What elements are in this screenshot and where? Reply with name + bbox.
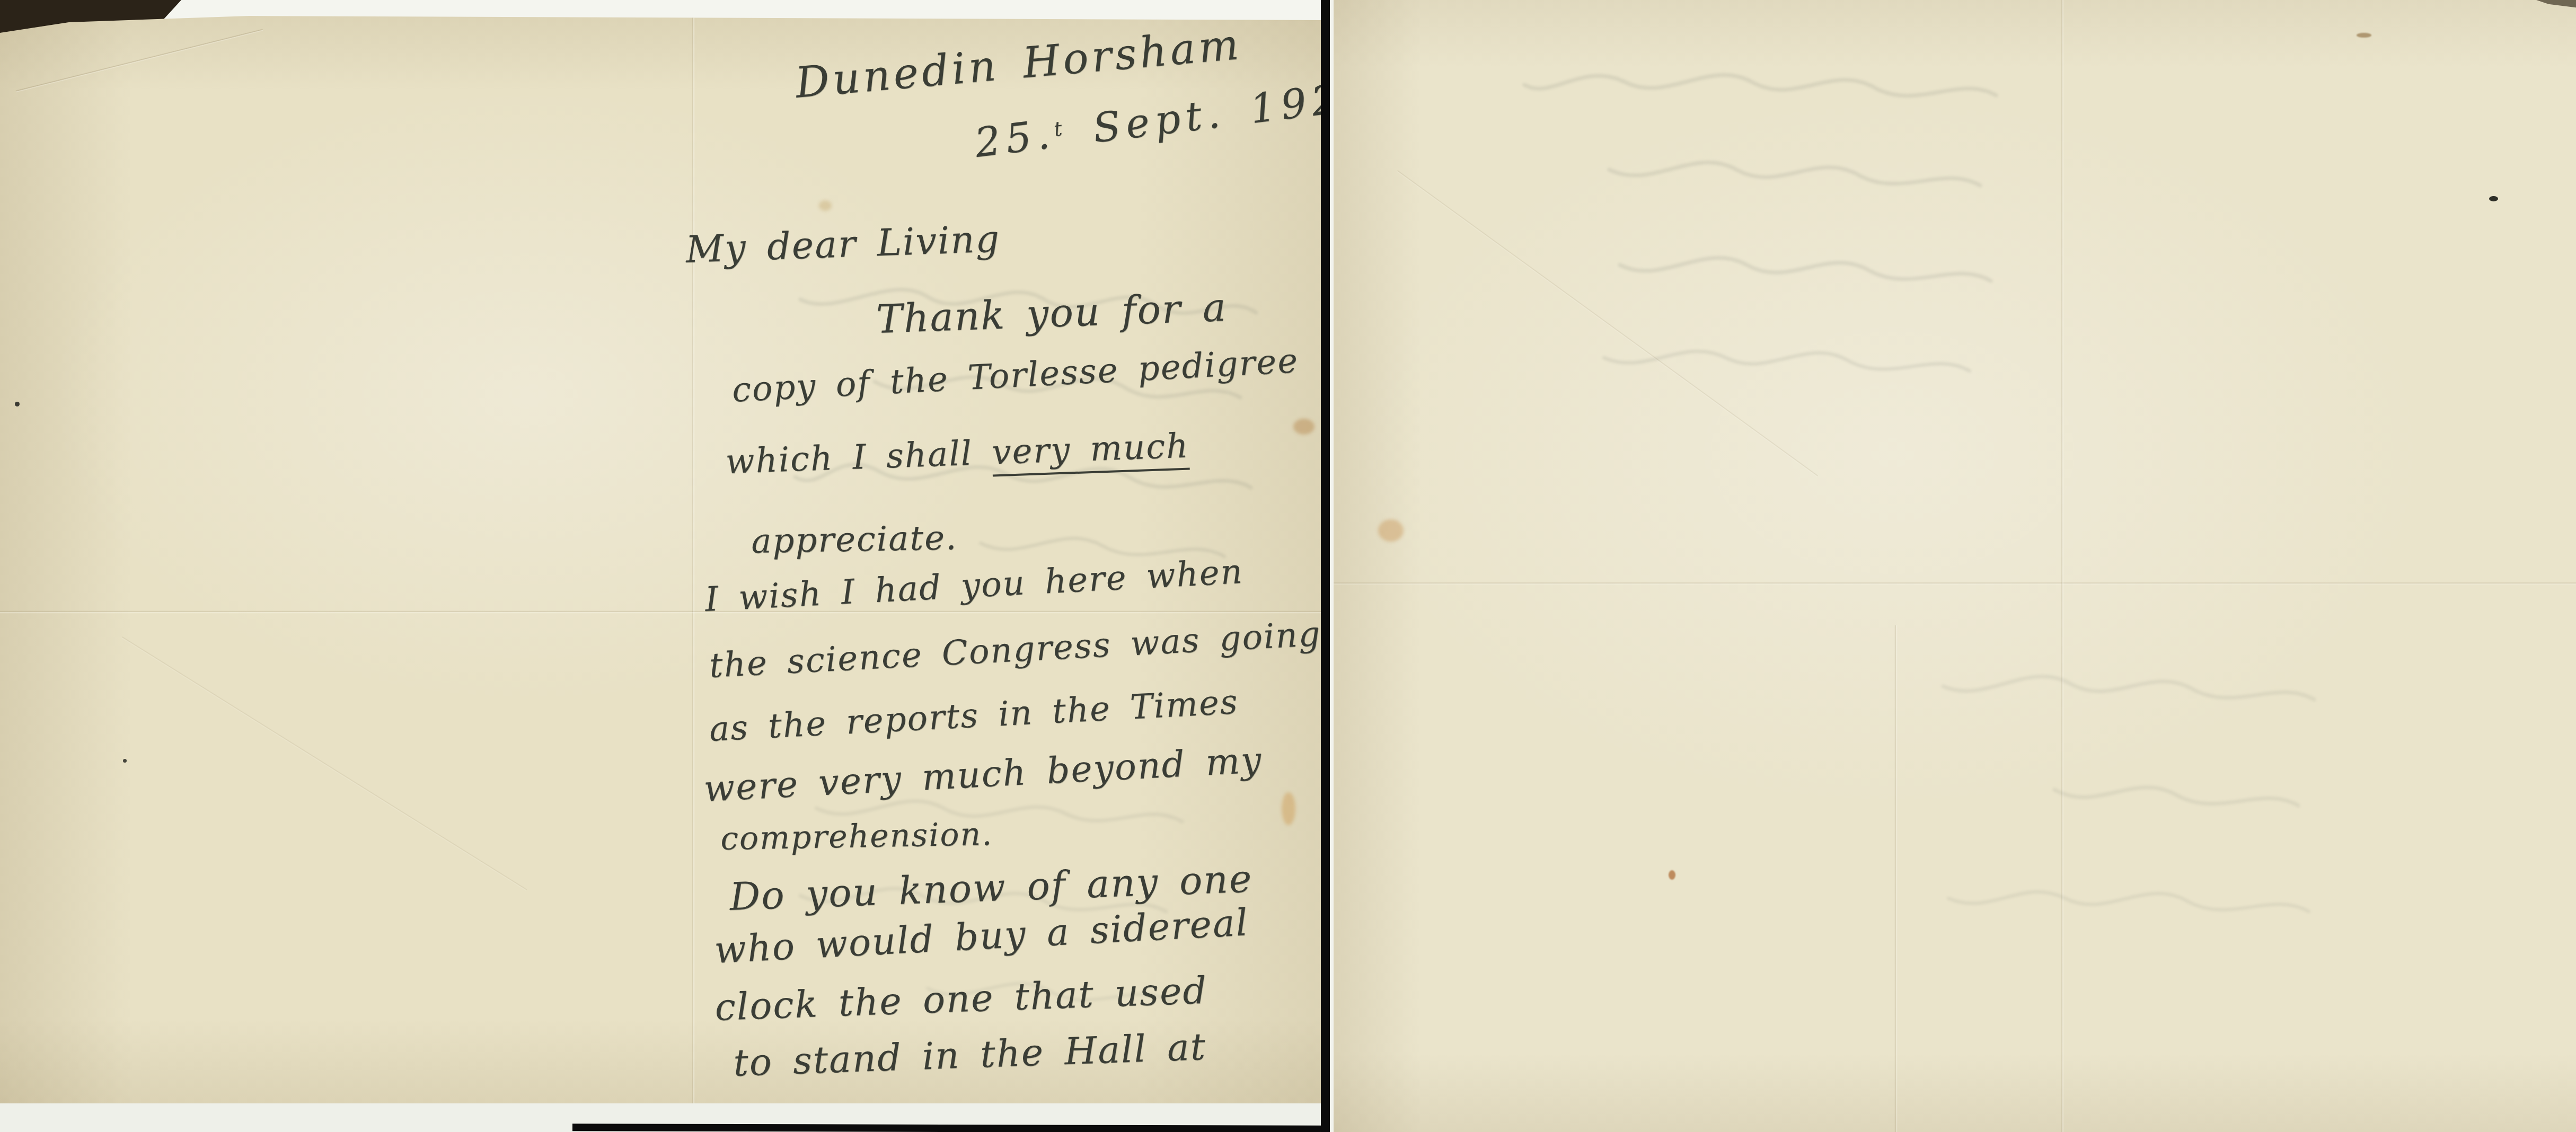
letter-page-left: Dunedin Horsham25.t Sept. 1923My dear Li… [0, 0, 1321, 1132]
text-segment: as the reports in the Times [708, 683, 1239, 749]
handwritten-line: were very much beyond my [703, 739, 1263, 810]
handwritten-line: appreciate. [751, 518, 958, 561]
text-segment: clock the one that used [714, 969, 1208, 1029]
text-segment: were very much beyond my [703, 739, 1263, 810]
text-segment: appreciate. [751, 518, 958, 561]
scan-divider [1321, 0, 1330, 1132]
handwritten-line: as the reports in the Times [708, 683, 1239, 749]
handwritten-line: copy of the Torlesse pedigree [731, 341, 1300, 410]
underlined-text: very much [991, 427, 1190, 477]
handwritten-line: to stand in the Hall at [733, 1025, 1207, 1085]
letter-page-right: Petworth Rectory? I amanxious to lett se… [1334, 0, 2576, 1132]
text-segment: the science Congress was going on [708, 611, 1386, 686]
handwriting-right: Petworth Rectory? I amanxious to lett se… [1334, 0, 2576, 1132]
handwritten-line: Thank you for a [876, 285, 1228, 342]
text-segment: which I shall [725, 433, 992, 482]
text-segment: Thank you for a [876, 285, 1228, 342]
text-segment: I wish I had you here when [704, 552, 1244, 620]
handwritten-line: clock the one that used [714, 969, 1208, 1029]
handwritten-line: I wish I had you here when [704, 552, 1244, 620]
text-segment: 25. [972, 110, 1057, 166]
letter-scan: Dunedin Horsham25.t Sept. 1923My dear Li… [0, 0, 2576, 1132]
text-segment: to stand in the Hall at [733, 1025, 1207, 1085]
scan-edge-bar [572, 1124, 1321, 1132]
handwritten-line: comprehension. [720, 816, 993, 857]
text-segment: comprehension. [720, 816, 993, 857]
text-segment: copy of the Torlesse pedigree [731, 341, 1300, 410]
handwriting-left: Dunedin Horsham25.t Sept. 1923My dear Li… [0, 0, 1321, 1132]
handwritten-line: My dear Living [685, 217, 1001, 271]
text-segment: My dear Living [685, 217, 1001, 271]
handwritten-line: which I shall very much [725, 427, 1189, 482]
handwritten-line: the science Congress was going on [708, 611, 1386, 686]
